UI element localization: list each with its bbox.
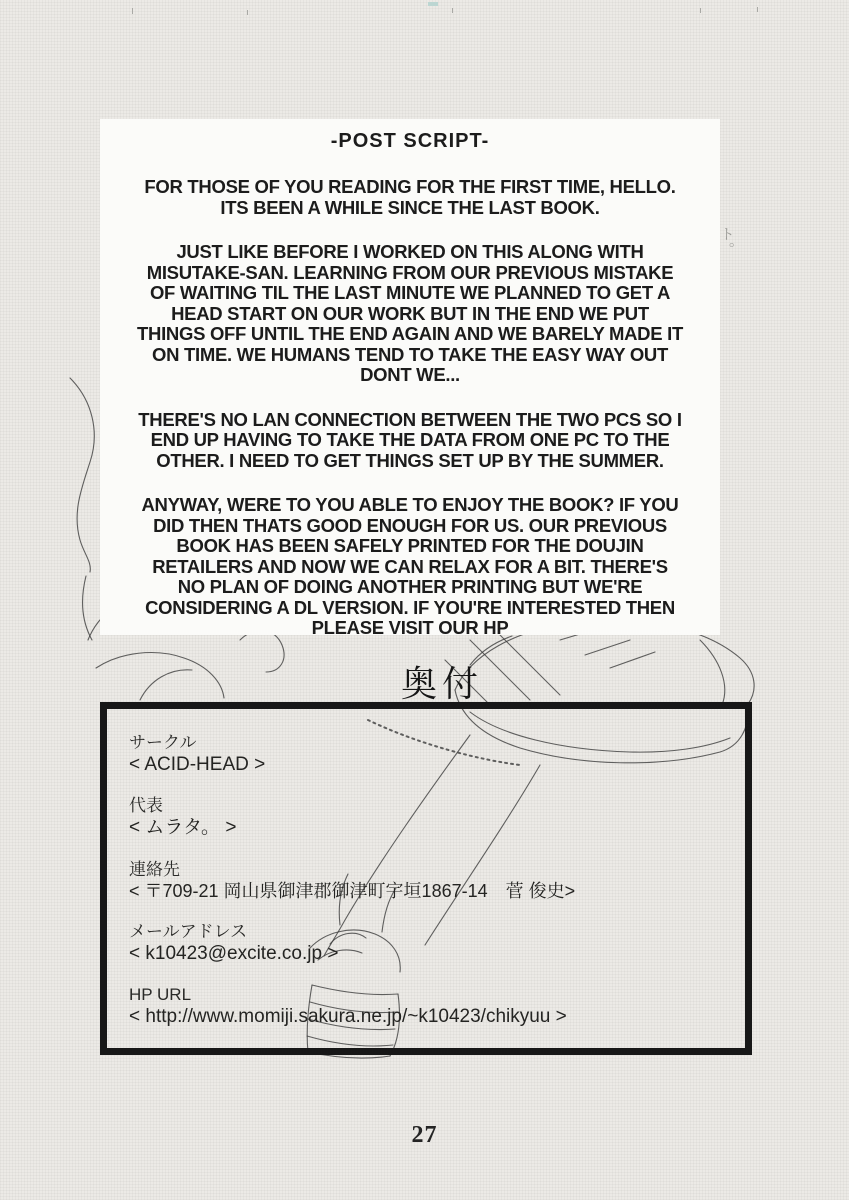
colophon-entry-email: メールアドレス < k10423@excite.co.jp > — [129, 922, 733, 964]
page-number: 27 — [0, 1122, 849, 1149]
homepage-url: < http://www.momiji.sakura.ne.jp/~k10423… — [129, 1006, 733, 1027]
colophon-entries: サークル < ACID-HEAD > 代表 < ムラタ。 > 連絡先 < 〒70… — [129, 733, 733, 1027]
postscript-paragraph: THERE'S NO LAN CONNECTION BETWEEN THE TW… — [106, 410, 714, 472]
circle-name: < ACID-HEAD > — [129, 754, 733, 775]
representative-name: < ムラタ。 > — [129, 817, 733, 838]
contact-label: 連絡先 — [129, 860, 733, 879]
colophon-entry-contact: 連絡先 < 〒709-21 岡山県御津郡御津町宇垣1867-14 菅 俊史> — [129, 860, 733, 901]
colophon-entry-circle: サークル < ACID-HEAD > — [129, 733, 733, 775]
representative-label: 代表 — [129, 796, 733, 815]
scan-artifact — [757, 7, 758, 12]
postscript-title: -POST SCRIPT- — [100, 130, 720, 153]
postscript-panel: -POST SCRIPT- FOR THOSE OF YOU READING F… — [100, 119, 720, 635]
scan-artifact — [132, 8, 133, 14]
circle-label: サークル — [129, 733, 733, 752]
scan-artifact — [247, 10, 248, 15]
colophon-entry-representative: 代表 < ムラタ。 > — [129, 796, 733, 838]
scan-artifact — [700, 8, 701, 13]
homepage-label: HP URL — [129, 985, 733, 1004]
colophon-entry-homepage: HP URL < http://www.momiji.sakura.ne.jp/… — [129, 985, 733, 1027]
scanned-manga-page: -POST SCRIPT- FOR THOSE OF YOU READING F… — [0, 0, 849, 1200]
postscript-paragraph: JUST LIKE BEFORE I WORKED ON THIS ALONG … — [106, 242, 714, 386]
contact-address: < 〒709-21 岡山県御津郡御津町宇垣1867-14 菅 俊史> — [129, 881, 733, 901]
email-address: < k10423@excite.co.jp > — [129, 943, 733, 964]
postscript-paragraph: FOR THOSE OF YOU READING FOR THE FIRST T… — [106, 177, 714, 218]
scan-artifact — [452, 8, 453, 13]
colophon-box: サークル < ACID-HEAD > 代表 < ムラタ。 > 連絡先 < 〒70… — [100, 702, 752, 1055]
email-label: メールアドレス — [129, 922, 733, 941]
colophon-heading: 奥付 — [401, 656, 483, 707]
scan-artifact — [428, 2, 438, 6]
postscript-paragraph: ANYWAY, WERE TO YOU ABLE TO ENJOY THE BO… — [106, 495, 714, 639]
bleed-through-artifact: ト。 — [716, 226, 737, 258]
